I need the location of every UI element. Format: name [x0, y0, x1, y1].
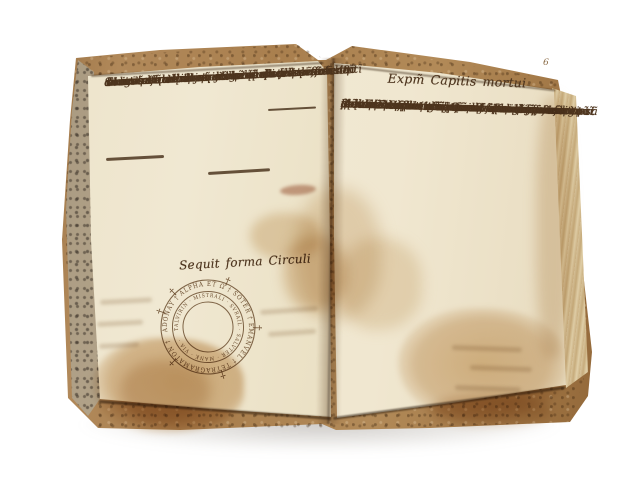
water-stain [283, 236, 347, 310]
water-stain [338, 238, 422, 330]
water-stain [430, 395, 550, 425]
water-stain [536, 96, 570, 358]
dagger-icon: † [251, 325, 264, 331]
folio-number: 6 [543, 58, 549, 68]
water-stain [120, 360, 210, 420]
photograph-of-manuscript: Sicut placuerit et nõ poteris esse nisi … [0, 0, 640, 478]
